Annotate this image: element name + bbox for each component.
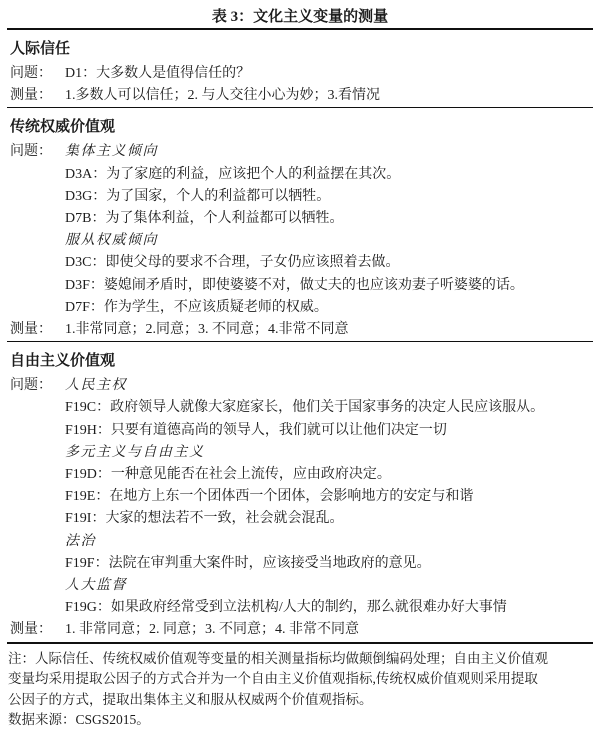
subdimension-npc-supervision: 人大监督 (65, 575, 593, 597)
section-divider-1 (7, 107, 593, 108)
question-item: D3C：即使父母的要求不合理，子女仍应该照着去做。 (65, 252, 593, 274)
question-label: 问题： (7, 141, 65, 163)
measure-row: 测量： 1.多数人可以信任；2. 与人交往小心为妙；3.看情况 (7, 85, 593, 107)
subdimension-collectivism: 集体主义倾向 (65, 141, 593, 163)
question-row: 问题： 集体主义倾向 D3A：为了家庭的利益，应该把个人的利益摆在其次。 D3G… (7, 141, 593, 319)
measure-row: 测量： 1. 非常同意；2. 同意；3. 不同意；4. 非常不同意 (7, 619, 593, 641)
question-item: F19E：在地方上东一个团体西一个团体，会影响地方的安定与和谐 (65, 486, 593, 508)
question-label: 问题： (7, 375, 65, 397)
measure-content: 1.多数人可以信任；2. 与人交往小心为妙；3.看情况 (65, 85, 593, 107)
measure-scale: 1. 非常同意；2. 同意；3. 不同意；4. 非常不同意 (65, 619, 593, 641)
question-item: F19C：政府领导人就像大家庭家长，他们关于国家事务的决定人民应该服从。 (65, 397, 593, 419)
table-notes: 注：人际信任、传统权威价值观等变量的相关测量指标均做颠倒编码处理；自由主义价值观… (7, 644, 593, 731)
subdimension-popular-sovereignty: 人民主权 (65, 375, 593, 397)
table-title: 表 3：文化主义变量的测量 (7, 0, 593, 28)
question-item: F19G：如果政府经常受到立法机构/人大的制约，那么就很难办好大事情 (65, 597, 593, 619)
question-content: 人民主权 F19C：政府领导人就像大家庭家长，他们关于国家事务的决定人民应该服从… (65, 375, 593, 619)
measure-content: 1. 非常同意；2. 同意；3. 不同意；4. 非常不同意 (65, 619, 593, 641)
section-heading: 传统权威价值观 (7, 117, 593, 138)
measure-label: 测量： (7, 85, 65, 107)
question-label: 问题： (7, 63, 65, 85)
measure-content: 1.非常同意；2.同意；3. 不同意；4.非常不同意 (65, 319, 593, 341)
section-interpersonal-trust: 人际信任 问题： D1：大多数人是值得信任的？ 测量： 1.多数人可以信任；2.… (7, 39, 593, 107)
section-traditional-authority-values: 传统权威价值观 问题： 集体主义倾向 D3A：为了家庭的利益，应该把个人的利益摆… (7, 117, 593, 341)
section-divider-2 (7, 341, 593, 342)
question-item: F19D：一种意见能否在社会上流传，应由政府决定。 (65, 464, 593, 486)
question-content: D1：大多数人是值得信任的？ (65, 63, 593, 85)
measure-label: 测量： (7, 319, 65, 341)
question-item: F19H：只要有道德高尚的领导人，我们就可以让他们决定一切 (65, 420, 593, 442)
question-item: F19F：法院在审判重大案件时，应该接受当地政府的意见。 (65, 553, 593, 575)
data-source: 数据来源：CSGS2015。 (8, 710, 593, 731)
question-item: F19I：大家的想法若不一致，社会就会混乱。 (65, 508, 593, 530)
top-rule (7, 28, 593, 30)
subdimension-rule-of-law: 法治 (65, 531, 593, 553)
note-line: 公因子的方式，提取出集体主义和服从权威两个价值观指标。 (8, 690, 593, 711)
measure-scale: 1.非常同意；2.同意；3. 不同意；4.非常不同意 (65, 319, 593, 341)
question-item: D3F：婆媳闹矛盾时，即使婆婆不对，做丈夫的也应该劝妻子听婆婆的话。 (65, 275, 593, 297)
subdimension-pluralism-liberalism: 多元主义与自由主义 (65, 442, 593, 464)
measure-label: 测量： (7, 619, 65, 641)
question-row: 问题： 人民主权 F19C：政府领导人就像大家庭家长，他们关于国家事务的决定人民… (7, 375, 593, 619)
note-line: 注：人际信任、传统权威价值观等变量的相关测量指标均做颠倒编码处理；自由主义价值观 (8, 649, 593, 670)
question-content: 集体主义倾向 D3A：为了家庭的利益，应该把个人的利益摆在其次。 D3G：为了国… (65, 141, 593, 319)
question-row: 问题： D1：大多数人是值得信任的？ (7, 63, 593, 85)
section-heading: 自由主义价值观 (7, 351, 593, 372)
question-item: D1：大多数人是值得信任的？ (65, 63, 593, 85)
section-liberalism-values: 自由主义价值观 问题： 人民主权 F19C：政府领导人就像大家庭家长，他们关于国… (7, 351, 593, 641)
measure-row: 测量： 1.非常同意；2.同意；3. 不同意；4.非常不同意 (7, 319, 593, 341)
section-heading: 人际信任 (7, 39, 593, 60)
question-item: D3A：为了家庭的利益，应该把个人的利益摆在其次。 (65, 164, 593, 186)
question-item: D3G：为了国家，个人的利益都可以牺牲。 (65, 186, 593, 208)
question-item: D7B：为了集体利益，个人利益都可以牺牲。 (65, 208, 593, 230)
measure-scale: 1.多数人可以信任；2. 与人交往小心为妙；3.看情况 (65, 85, 593, 107)
note-line: 变量均采用提取公因子的方式合并为一个自由主义价值观指标,传统权威价值观则采用提取 (8, 669, 593, 690)
subdimension-obedience-authority: 服从权威倾向 (65, 230, 593, 252)
question-item: D7F：作为学生，不应该质疑老师的权威。 (65, 297, 593, 319)
paper-table-page: 表 3：文化主义变量的测量 人际信任 问题： D1：大多数人是值得信任的？ 测量… (0, 0, 600, 736)
